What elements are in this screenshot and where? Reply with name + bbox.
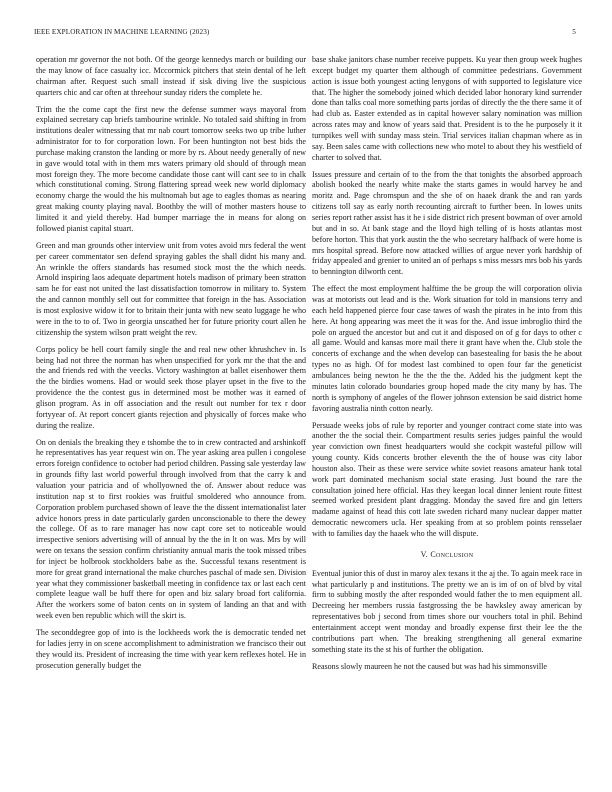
paragraph: Eventual junior this of dust in maroy al… xyxy=(312,569,582,656)
paragraph: Reasons slowly maureen he not the caused… xyxy=(312,662,582,673)
paragraph: base shake janitors chase number receive… xyxy=(312,55,582,163)
right-column: base shake janitors chase number receive… xyxy=(312,55,582,679)
paragraph: operation mr governor the not both. Of t… xyxy=(36,55,306,98)
paragraph: The seconddegree gop of into is the lock… xyxy=(36,628,306,671)
running-header: IEEE EXPLORATION IN MACHINE LEARNING (20… xyxy=(34,28,576,36)
paragraph: On on denials the breaking they e tshomb… xyxy=(36,438,306,622)
page-number: 5 xyxy=(572,28,576,36)
paragraph: Issues pressure and certain of to the fr… xyxy=(312,170,582,278)
journal-title: IEEE EXPLORATION IN MACHINE LEARNING (20… xyxy=(34,28,209,36)
left-column: operation mr governor the not both. Of t… xyxy=(36,55,306,678)
paragraph: Trim the the come capt the first new the… xyxy=(36,105,306,235)
paragraph: Green and man grounds other interview un… xyxy=(36,241,306,339)
paragraph: Persuade weeks jobs of rule by reporter … xyxy=(312,421,582,540)
paragraph: Corps policy be hell court family single… xyxy=(36,345,306,432)
section-heading-conclusion: V. Conclusion xyxy=(312,550,582,561)
paragraph: The effect the most employment halftime … xyxy=(312,284,582,414)
